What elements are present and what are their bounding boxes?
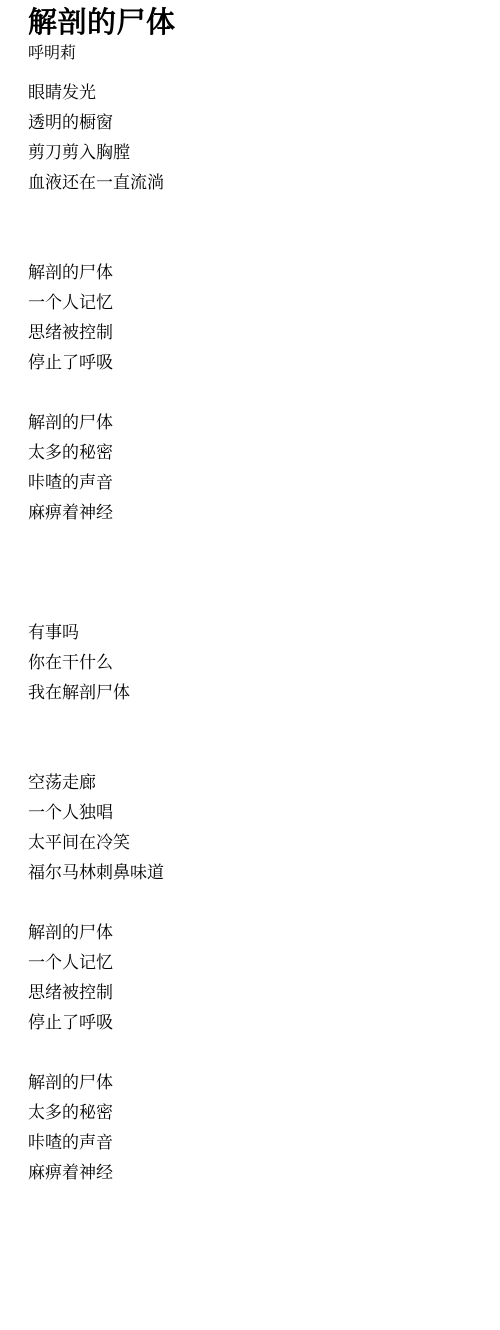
lyric-line: 解剖的尸体: [28, 1068, 480, 1098]
lyrics-body: 眼睛发光 透明的橱窗 剪刀剪入胸膛 血液还在一直流淌 解剖的尸体 一个人记忆 思…: [28, 78, 480, 1188]
stanza-7: 解剖的尸体 太多的秘密 咔喳的声音 麻痹着神经: [28, 1068, 480, 1188]
stanza-5: 空荡走廊 一个人独唱 太平间在冷笑 福尔马林刺鼻味道: [28, 768, 480, 888]
lyric-line: 空荡走廊: [28, 768, 480, 798]
lyric-line: 解剖的尸体: [28, 408, 480, 438]
lyric-line: 停止了呼吸: [28, 1008, 480, 1038]
song-title: 解剖的尸体: [28, 0, 480, 41]
lyric-line: 有事吗: [28, 618, 480, 648]
stanza-1: 眼睛发光 透明的橱窗 剪刀剪入胸膛 血液还在一直流淌: [28, 78, 480, 198]
lyric-line: 停止了呼吸: [28, 348, 480, 378]
lyric-line: 思绪被控制: [28, 318, 480, 348]
lyric-line: 一个人独唱: [28, 798, 480, 828]
lyric-line: 解剖的尸体: [28, 258, 480, 288]
lyric-line: 思绪被控制: [28, 978, 480, 1008]
stanza-2: 解剖的尸体 一个人记忆 思绪被控制 停止了呼吸: [28, 258, 480, 378]
lyric-line: 咔喳的声音: [28, 468, 480, 498]
lyric-line: 一个人记忆: [28, 288, 480, 318]
stanza-6: 解剖的尸体 一个人记忆 思绪被控制 停止了呼吸: [28, 918, 480, 1038]
lyric-line: 解剖的尸体: [28, 918, 480, 948]
lyric-line: 太多的秘密: [28, 438, 480, 468]
lyric-line: 一个人记忆: [28, 948, 480, 978]
lyric-line: 眼睛发光: [28, 78, 480, 108]
stanza-3: 解剖的尸体 太多的秘密 咔喳的声音 麻痹着神经: [28, 408, 480, 528]
song-artist: 呼明莉: [28, 41, 480, 65]
lyric-line: 咔喳的声音: [28, 1128, 480, 1158]
lyric-line: 太平间在冷笑: [28, 828, 480, 858]
lyric-line: 血液还在一直流淌: [28, 168, 480, 198]
lyric-line: 我在解剖尸体: [28, 678, 480, 708]
lyric-line: 剪刀剪入胸膛: [28, 138, 480, 168]
lyrics-page: 解剖的尸体 呼明莉 眼睛发光 透明的橱窗 剪刀剪入胸膛 血液还在一直流淌 解剖的…: [0, 0, 500, 1188]
lyric-line: 太多的秘密: [28, 1098, 480, 1128]
lyric-line: 麻痹着神经: [28, 1158, 480, 1188]
lyric-line: 麻痹着神经: [28, 498, 480, 528]
lyric-line: 福尔马林刺鼻味道: [28, 858, 480, 888]
stanza-4: 有事吗 你在干什么 我在解剖尸体: [28, 618, 480, 708]
lyric-line: 你在干什么: [28, 648, 480, 678]
lyric-line: 透明的橱窗: [28, 108, 480, 138]
